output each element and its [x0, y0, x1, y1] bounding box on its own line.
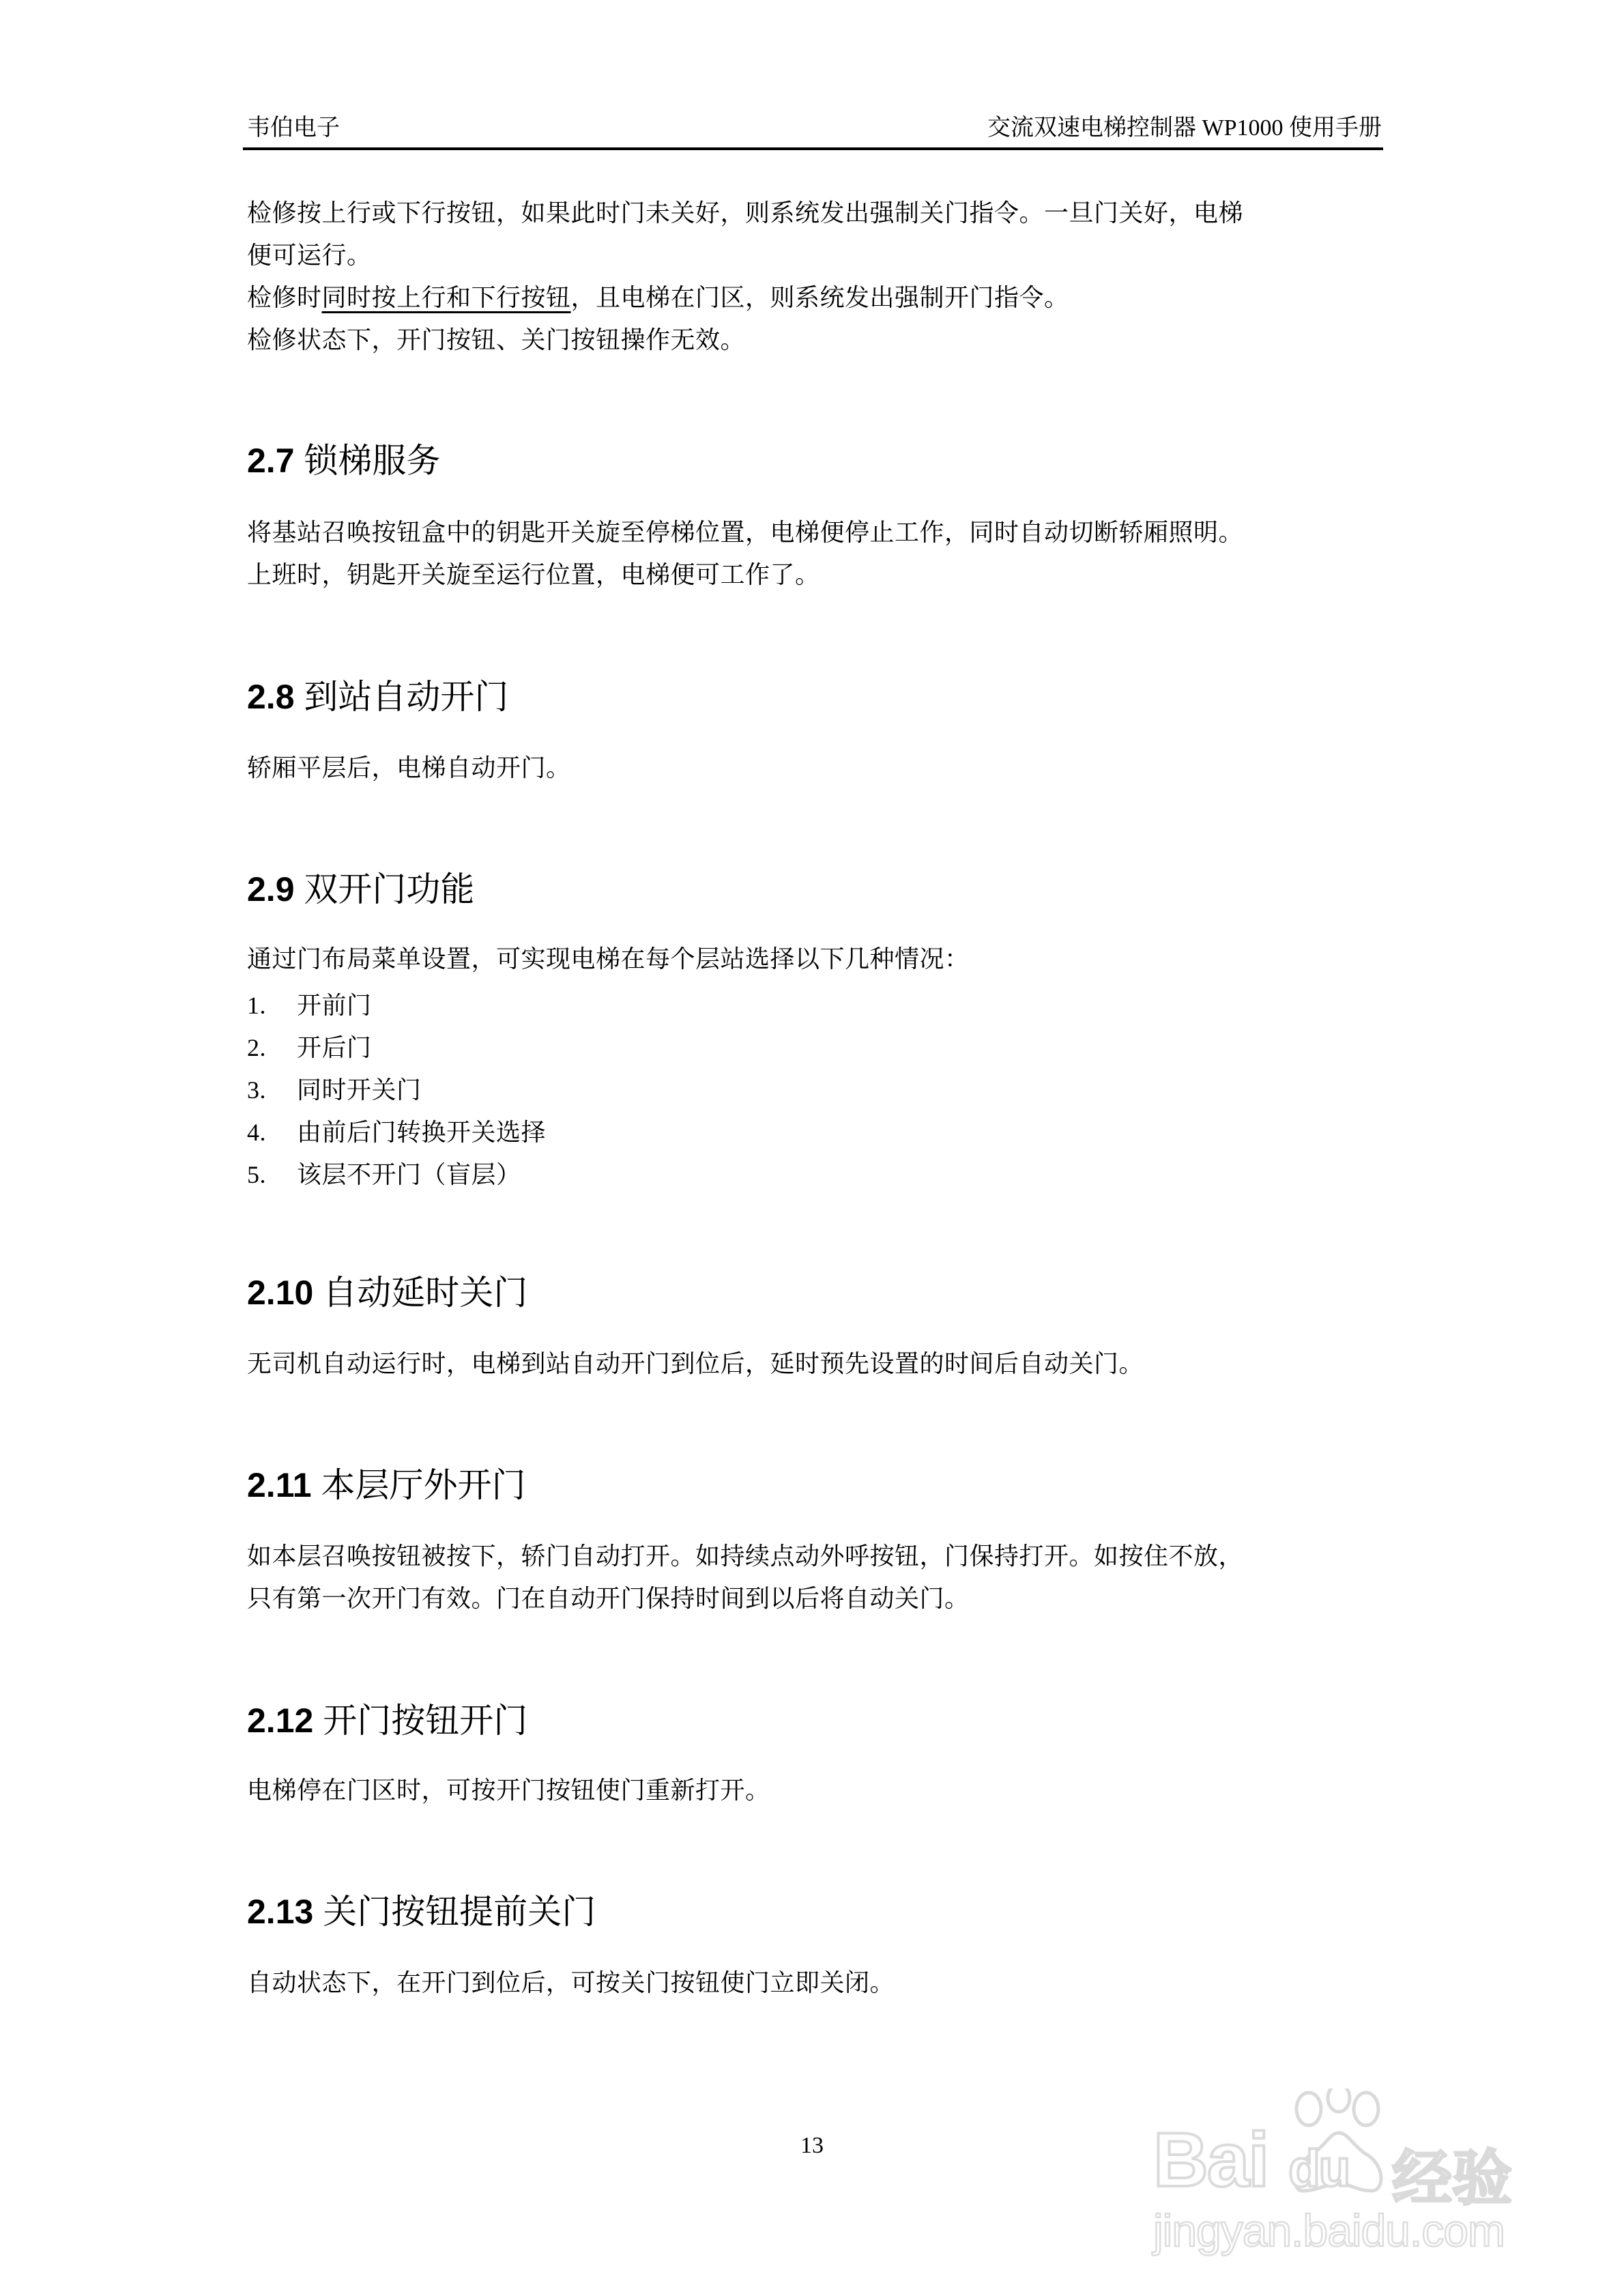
intro-line-4: 检修状态下，开门按钮、关门按钮操作无效。: [247, 324, 745, 357]
intro-line-3-prefix: 检修时: [247, 284, 322, 312]
baidu-watermark: Baidu 经验 jingyan.baidu.com: [1153, 2089, 1549, 2259]
section-number: 2.8: [247, 678, 295, 716]
section-heading-2-7: 2.7 锁梯服务: [247, 440, 440, 481]
list-number: 1.: [247, 989, 297, 1022]
list-text: 开前门: [297, 992, 372, 1020]
list-item: 1.开前门: [247, 989, 372, 1022]
section-title: 本层厅外开门: [321, 1466, 525, 1504]
section-title: 锁梯服务: [304, 442, 440, 480]
list-number: 4.: [247, 1116, 297, 1149]
section-2-12-line-1: 电梯停在门区时，可按开门按钮使门重新打开。: [247, 1775, 770, 1807]
section-2-7-line-1: 将基站召唤按钮盒中的钥匙开关旋至停梯位置，电梯便停止工作，同时自动切断轿厢照明。: [247, 517, 1243, 549]
section-heading-2-9: 2.9 双开门功能: [247, 869, 474, 910]
header-manual-title: 交流双速电梯控制器 WP1000 使用手册: [987, 113, 1382, 143]
list-number: 5.: [247, 1158, 297, 1191]
section-2-13-line-1: 自动状态下，在开门到位后，可按关门按钮使门立即关闭。: [247, 1967, 895, 2000]
list-item: 2.开后门: [247, 1031, 372, 1065]
section-2-11-line-1: 如本层召唤按钮被按下，轿门自动打开。如持续点动外呼按钮，门保持打开。如按住不放，: [247, 1540, 1243, 1573]
logo-du: du: [1288, 2140, 1349, 2198]
section-number: 2.10: [247, 1274, 313, 1312]
section-2-9-line-1: 通过门布局菜单设置，可实现电梯在每个层站选择以下几种情况：: [247, 943, 970, 976]
list-text: 该层不开门（盲层）: [297, 1161, 521, 1189]
section-title: 开门按钮开门: [323, 1702, 527, 1740]
list-item: 4.由前后门转换开关选择: [247, 1116, 546, 1149]
list-text: 由前后门转换开关选择: [297, 1119, 546, 1147]
watermark-logo: Baidu: [1153, 2116, 1349, 2204]
section-heading-2-10: 2.10 自动延时关门: [247, 1272, 527, 1313]
section-heading-2-11: 2.11 本层厅外开门: [247, 1465, 525, 1506]
header-rule: [243, 147, 1383, 150]
section-title: 双开门功能: [304, 870, 474, 908]
list-number: 2.: [247, 1031, 297, 1064]
section-number: 2.11: [247, 1466, 312, 1504]
section-2-8-line-1: 轿厢平层后，电梯自动开门。: [247, 752, 571, 785]
section-number: 2.13: [247, 1893, 313, 1931]
section-heading-2-12: 2.12 开门按钮开门: [247, 1700, 527, 1741]
document-page: 韦伯电子 交流双速电梯控制器 WP1000 使用手册 检修按上行或下行按钮，如果…: [0, 0, 1624, 2296]
underlined-phrase: 同时按上行和下行按钮: [322, 284, 571, 312]
watermark-url: jingyan.baidu.com: [1153, 2205, 1505, 2256]
list-number: 3.: [247, 1074, 297, 1106]
intro-line-3: 检修时同时按上行和下行按钮，且电梯在门区，则系统发出强制开门指令。: [247, 282, 1069, 315]
section-number: 2.12: [247, 1702, 313, 1740]
section-heading-2-13: 2.13 关门按钮提前关门: [247, 1891, 596, 1932]
intro-line-1: 检修按上行或下行按钮，如果此时门未关好，则系统发出强制关门指令。一旦门关好，电梯: [247, 197, 1243, 230]
intro-line-2: 便可运行。: [247, 240, 372, 272]
section-2-11-line-2: 只有第一次开门有效。门在自动开门保持时间到以后将自动关门。: [247, 1583, 970, 1616]
section-number: 2.7: [247, 442, 295, 480]
list-item: 5.该层不开门（盲层）: [247, 1158, 521, 1192]
section-number: 2.9: [247, 870, 295, 908]
header-company: 韦伯电子: [247, 113, 340, 143]
section-title: 到站自动开门: [304, 678, 508, 716]
list-text: 开后门: [297, 1034, 372, 1062]
intro-line-3-suffix: ，且电梯在门区，则系统发出强制开门指令。: [571, 284, 1069, 312]
section-2-7-line-2: 上班时，钥匙开关旋至运行位置，电梯便可工作了。: [247, 559, 820, 592]
section-2-10-line-1: 无司机自动运行时，电梯到站自动开门到位后，延时预先设置的时间后自动关门。: [247, 1348, 1144, 1381]
section-title: 自动延时关门: [323, 1274, 527, 1312]
list-item: 3.同时开关门: [247, 1074, 422, 1107]
logo-bai: Bai: [1153, 2117, 1268, 2202]
section-heading-2-8: 2.8 到站自动开门: [247, 676, 508, 717]
list-text: 同时开关门: [297, 1076, 422, 1104]
section-title: 关门按钮提前关门: [323, 1893, 596, 1931]
